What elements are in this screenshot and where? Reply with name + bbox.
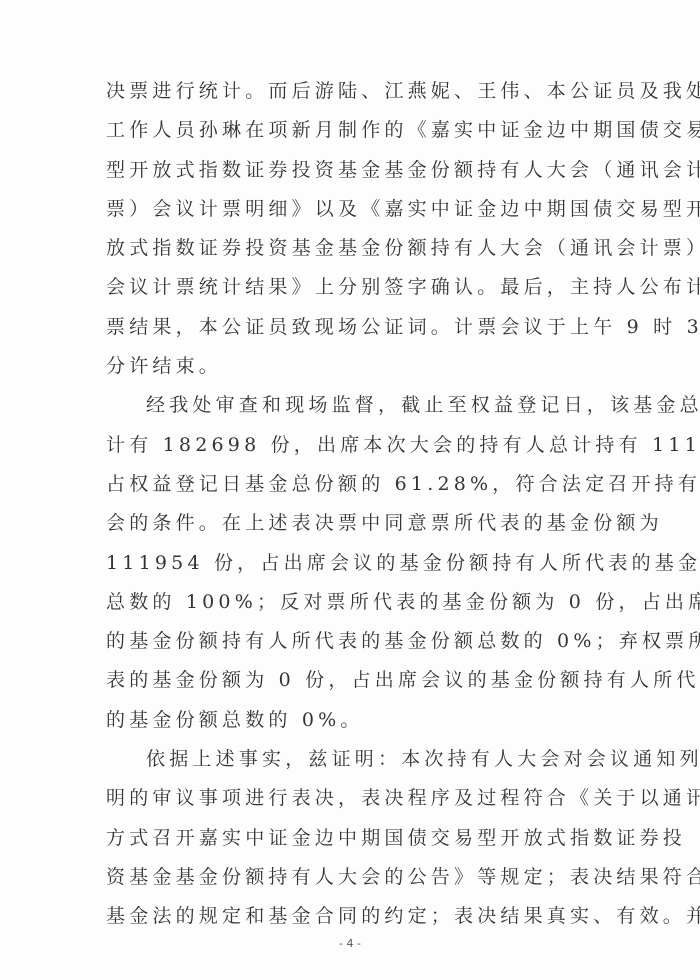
text-line: 的基金份额持有人所代表的基金份额总数的 0%；弃权票所代 [106, 622, 606, 661]
document-page: 决票进行统计。而后游陆、江燕妮、王伟、本公证员及我处 工作人员孙琳在项新月制作的… [0, 0, 700, 980]
document-body: 决票进行统计。而后游陆、江燕妮、王伟、本公证员及我处 工作人员孙琳在项新月制作的… [106, 72, 606, 937]
text-line: 会的条件。在上述表决票中同意票所代表的基金份额为 [106, 504, 606, 543]
text-line: 放式指数证券投资基金基金份额持有人大会（通讯会计票） [106, 229, 606, 268]
text-line: 计有 182698 份，出席本次大会的持有人总计持有 111954 份， [106, 426, 606, 465]
page-number: - 4 - [0, 937, 700, 950]
text-line: 会议计票统计结果》上分别签字确认。最后，主持人公布计 [106, 268, 606, 307]
text-line: 占权益登记日基金总份额的 61.28%，符合法定召开持有人大 [106, 465, 606, 504]
text-line: 型开放式指数证券投资基金基金份额持有人大会（通讯会计 [106, 151, 606, 190]
text-line: 分许结束。 [106, 347, 606, 386]
text-line: 资基金基金份额持有人大会的公告》等规定；表决结果符合 [106, 858, 606, 897]
text-line: 表的基金份额为 0 份，占出席会议的基金份额持有人所代表 [106, 661, 606, 700]
text-line: 决票进行统计。而后游陆、江燕妮、王伟、本公证员及我处 [106, 72, 606, 111]
text-line: 基金法的规定和基金合同的约定；表决结果真实、有效。并 [106, 897, 606, 936]
text-line: 票）会议计票明细》以及《嘉实中证金边中期国债交易型开 [106, 190, 606, 229]
text-line: 总数的 100%；反对票所代表的基金份额为 0 份，占出席会议 [106, 583, 606, 622]
text-line: 票结果，本公证员致现场公证词。计票会议于上午 9 时 30 [106, 308, 606, 347]
text-line: 明的审议事项进行表决，表决程序及过程符合《关于以通讯 [106, 779, 606, 818]
text-line: 经我处审查和现场监督，截止至权益登记日，该基金总 [106, 386, 606, 425]
text-line: 111954 份，占出席会议的基金份额持有人所代表的基金份额 [106, 544, 606, 583]
text-line: 依据上述事实，兹证明：本次持有人大会对会议通知列 [106, 740, 606, 779]
text-line: 的基金份额总数的 0%。 [106, 701, 606, 740]
text-line: 工作人员孙琳在项新月制作的《嘉实中证金边中期国债交易 [106, 111, 606, 150]
text-line: 方式召开嘉实中证金边中期国债交易型开放式指数证券投 [106, 819, 606, 858]
